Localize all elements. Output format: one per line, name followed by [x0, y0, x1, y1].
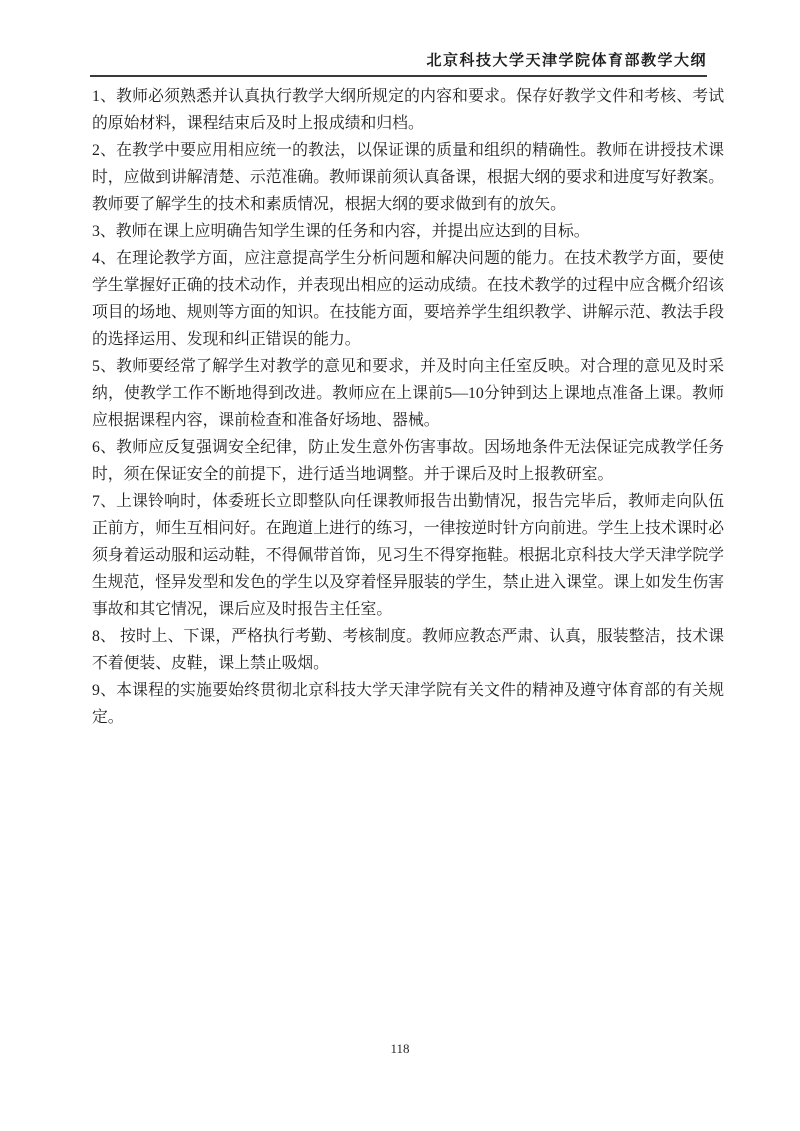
body-paragraph: 3、教师在课上应明确告知学生课的任务和内容，并提出应达到的目标。 [92, 218, 724, 245]
page-footer: 118 [0, 1041, 800, 1057]
body-paragraph: 4、在理论教学方面，应注意提高学生分析问题和解决问题的能力。在技术教学方面，要使… [92, 245, 724, 353]
body-paragraph: 8、 按时上、下课，严格执行考勤、考核制度。教师应教态严肃、认真，服装整洁，技术… [92, 623, 724, 677]
body-paragraph: 7、上课铃响时，体委班长立即整队向任课教师报告出勤情况，报告完毕后，教师走向队伍… [92, 488, 724, 623]
body-paragraph: 5、教师要经常了解学生对教学的意见和要求，并及时向主任室反映。对合理的意见及时采… [92, 353, 724, 434]
body-paragraph: 6、教师应反复强调安全纪律，防止发生意外伤害事故。因场地条件无法保证完成教学任务… [92, 434, 724, 488]
document-body: 1、教师必须熟悉并认真执行教学大纲所规定的内容和要求。保存好教学文件和考核、考试… [92, 83, 724, 731]
header-title: 北京科技大学天津学院体育部教学大纲 [90, 50, 707, 72]
body-paragraph: 9、本课程的实施要始终贯彻北京科技大学天津学院有关文件的精神及遵守体育部的有关规… [92, 677, 724, 731]
body-paragraph: 1、教师必须熟悉并认真执行教学大纲所规定的内容和要求。保存好教学文件和考核、考试… [92, 83, 724, 137]
header-divider [90, 75, 707, 77]
page-number: 118 [390, 1041, 409, 1056]
document-page: 北京科技大学天津学院体育部教学大纲 1、教师必须熟悉并认真执行教学大纲所规定的内… [0, 0, 800, 1131]
body-paragraph: 2、在教学中要应用相应统一的教法，以保证课的质量和组织的精确性。教师在讲授技术课… [92, 137, 724, 218]
page-header: 北京科技大学天津学院体育部教学大纲 [90, 50, 707, 85]
